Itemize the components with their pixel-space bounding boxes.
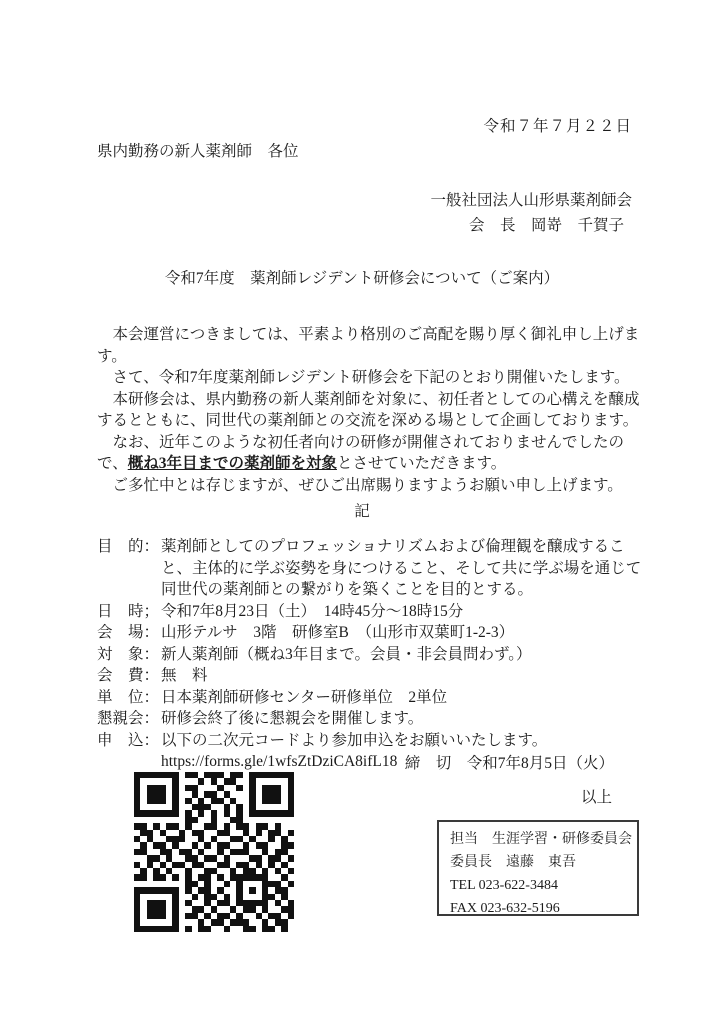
sender-president: 会 長 岡嵜 千賀子 xyxy=(469,213,624,235)
detail-row-social: 懇親会： 研修会終了後に懇親会を開催します。 xyxy=(97,708,643,730)
paragraph-greeting: 本会運営につきましては、平素より格別のご高配を賜り厚く御礼申し上げます。 xyxy=(97,324,643,367)
document-title: 令和7年度 薬剤師レジデント研修会について（ご案内） xyxy=(0,266,724,288)
detail-row-datetime: 日 時； 令和7年8月23日（土） 14時45分～18時15分 xyxy=(97,601,643,623)
detail-value: 日本薬剤師研修センター研修単位 2単位 xyxy=(161,687,643,709)
issue-date: 令和７年７月２２日 xyxy=(483,114,632,136)
detail-label: 目 的： xyxy=(97,536,161,601)
detail-value: 新人薬剤師（概ね3年目まで。会員・非会員問わず。） xyxy=(161,644,643,666)
detail-label: 日 時； xyxy=(97,601,161,623)
detail-row-venue: 会 場： 山形テルサ 3階 研修室B （山形市双葉町1-2-3） xyxy=(97,622,643,644)
detail-value: 以下の二次元コードより参加申込をお願いいたします。 xyxy=(161,730,643,752)
sender-organization: 一般社団法人山形県薬剤師会 xyxy=(430,188,632,210)
contact-fax: FAX 023-632-5196 xyxy=(450,897,635,920)
contact-committee: 担当 生涯学習・研修委員会 xyxy=(450,828,635,851)
paragraph-announcement: さて、令和7年度薬剤師レジデント研修会を下記のとおり開催いたします。 xyxy=(97,367,643,389)
application-qr-code xyxy=(134,772,294,932)
contact-chairperson: 委員長 遠藤 東吾 xyxy=(450,851,635,874)
detail-value: 研修会終了後に懇親会を開催します。 xyxy=(161,708,643,730)
detail-label: 会 場： xyxy=(97,622,161,644)
record-marker: 記 xyxy=(0,499,724,521)
closing-ijou: 以上 xyxy=(581,785,612,807)
document-page: 令和７年７月２２日 県内勤務の新人薬剤師 各位 一般社団法人山形県薬剤師会 会 … xyxy=(0,0,724,1024)
contact-tel: TEL 023-622-3484 xyxy=(450,874,635,897)
detail-label: 懇親会： xyxy=(97,708,161,730)
detail-value: 令和7年8月23日（土） 14時45分～18時15分 xyxy=(161,601,643,623)
detail-row-fee: 会 費： 無 料 xyxy=(97,665,643,687)
paragraph-target-note: なお、近年このような初任者向けの研修が開催されておりませんでしたので、概ね3年目… xyxy=(97,432,643,475)
detail-label: 単 位： xyxy=(97,687,161,709)
detail-value: 無 料 xyxy=(161,665,643,687)
paragraph-request-attendance: ご多忙中とは存じますが、ぜひご出席賜りますようお願い申し上げます。 xyxy=(97,475,643,497)
application-deadline: 締 切 令和7年8月5日（火） xyxy=(405,751,614,773)
detail-row-credits: 単 位： 日本薬剤師研修センター研修単位 2単位 xyxy=(97,687,643,709)
detail-row-purpose: 目 的： 薬剤師としてのプロフェッショナリズムおよび倫理観を醸成すること、主体的… xyxy=(97,536,643,601)
paragraph-purpose: 本研修会は、県内勤務の新人薬剤師を対象に、初任者としての心構えを醸成するとともに… xyxy=(97,389,643,432)
detail-label: 申 込： xyxy=(97,730,161,752)
detail-label: 会 費： xyxy=(97,665,161,687)
detail-value: 山形テルサ 3階 研修室B （山形市双葉町1-2-3） xyxy=(161,622,643,644)
emphasis-target-pharmacists: 概ね3年目までの薬剤師を対象 xyxy=(128,455,337,472)
detail-row-target: 対 象： 新人薬剤師（概ね3年目まで。会員・非会員問わず。） xyxy=(97,644,643,666)
body-paragraphs: 本会運営につきましては、平素より格別のご高配を賜り厚く御礼申し上げます。 さて、… xyxy=(97,324,643,496)
target-note-suffix: とさせていただきます。 xyxy=(337,455,506,472)
detail-label: 対 象： xyxy=(97,644,161,666)
details-list: 目 的： 薬剤師としてのプロフェッショナリズムおよび倫理観を醸成すること、主体的… xyxy=(97,536,643,773)
detail-value: 薬剤師としてのプロフェッショナリズムおよび倫理観を醸成すること、主体的に学ぶ姿勢… xyxy=(161,536,643,601)
detail-row-application: 申 込： 以下の二次元コードより参加申込をお願いいたします。 xyxy=(97,730,643,752)
contact-box: 担当 生涯学習・研修委員会 委員長 遠藤 東吾 TEL 023-622-3484… xyxy=(437,820,639,916)
recipient-line: 県内勤務の新人薬剤師 各位 xyxy=(97,139,299,161)
